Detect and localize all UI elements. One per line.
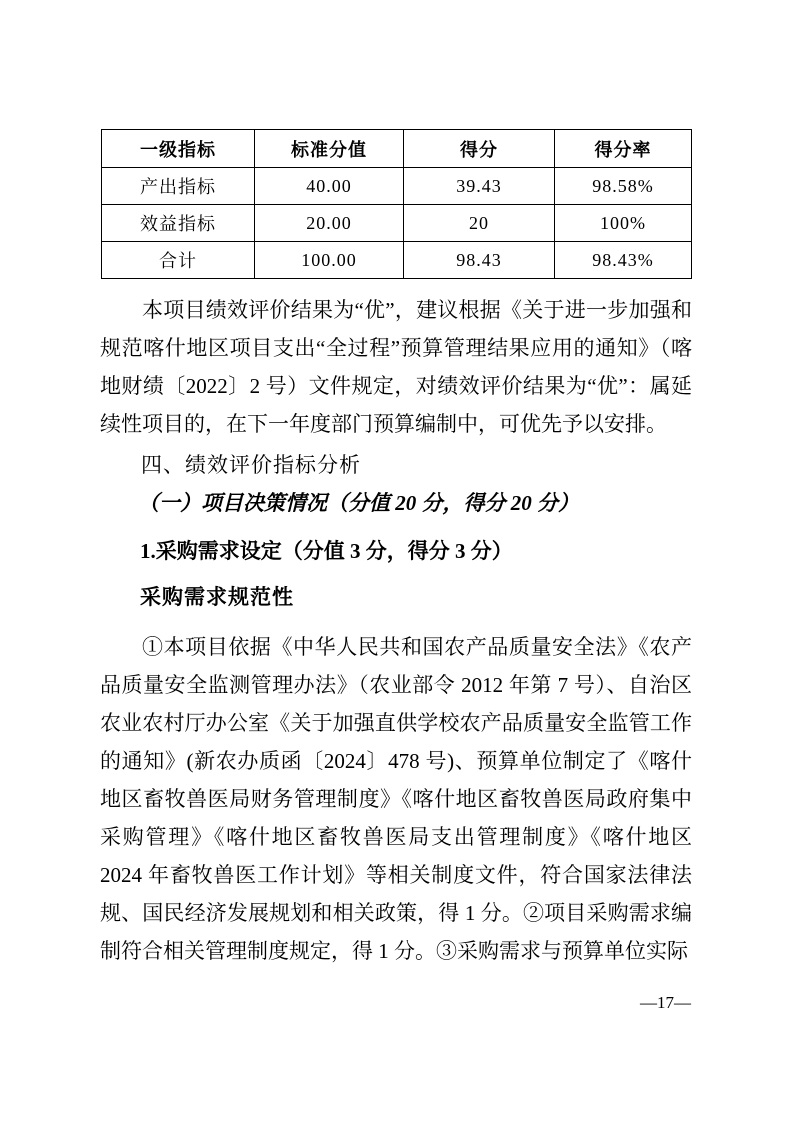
table-cell: 39.43: [404, 168, 555, 205]
document-page: 一级指标 标准分值 得分 得分率 产出指标 40.00 39.43 98.58%…: [0, 0, 793, 1122]
section-heading-indicator-analysis: 四、绩效评价指标分析: [141, 454, 361, 478]
table-row-output-indicator: 产出指标 40.00 39.43 98.58%: [102, 168, 692, 205]
table-cell: 98.43: [404, 242, 555, 279]
table-cell: 98.58%: [555, 168, 692, 205]
evaluation-conclusion-paragraph: 本项目绩效评价结果为“优”，建议根据《关于进一步加强和规范喀什地区项目支出“全过…: [100, 291, 692, 443]
subitem-heading-procurement-standardization: 采购需求规范性: [140, 585, 294, 609]
table-header-score-rate: 得分率: [555, 130, 692, 168]
table-cell: 合计: [102, 242, 255, 279]
subsection-heading-project-decision: （一）项目决策情况（分值 20 分，得分 20 分）: [138, 491, 579, 515]
table-row-total: 合计 100.00 98.43 98.43%: [102, 242, 692, 279]
table-header-score: 得分: [404, 130, 555, 168]
table-row-benefit-indicator: 效益指标 20.00 20 100%: [102, 205, 692, 242]
table-header-indicator: 一级指标: [102, 130, 255, 168]
table-cell: 100.00: [255, 242, 404, 279]
table-cell: 98.43%: [555, 242, 692, 279]
procurement-analysis-paragraph: ①本项目依据《中华人民共和国农产品质量安全法》《农产品质量安全监测管理办法》（农…: [100, 628, 692, 970]
table-cell: 产出指标: [102, 168, 255, 205]
item-heading-procurement-demand: 1.采购需求设定（分值 3 分，得分 3 分）: [140, 539, 513, 563]
page-number: —17—: [560, 993, 691, 1013]
table-cell: 100%: [555, 205, 692, 242]
table-cell: 效益指标: [102, 205, 255, 242]
table-cell: 20.00: [255, 205, 404, 242]
table-cell: 20: [404, 205, 555, 242]
table-header-row: 一级指标 标准分值 得分 得分率: [102, 130, 692, 168]
table-header-standard-score: 标准分值: [255, 130, 404, 168]
table-cell: 40.00: [255, 168, 404, 205]
score-summary-table: 一级指标 标准分值 得分 得分率 产出指标 40.00 39.43 98.58%…: [101, 129, 692, 279]
